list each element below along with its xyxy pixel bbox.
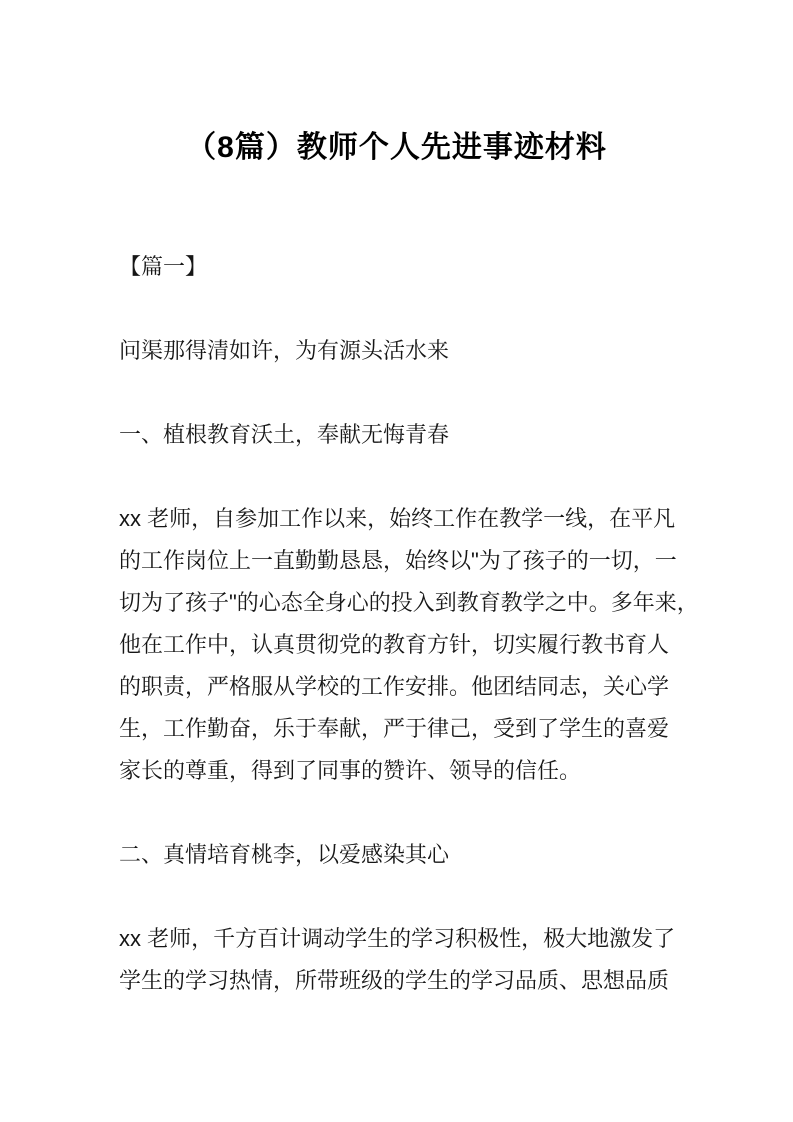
paragraph-1: xx 老师，自参加工作以来，始终工作在教学一线，在平凡的工作岗位上一直勤勤恳恳，… [119, 498, 693, 792]
paragraph-line: 生，工作勤奋，乐于奉献，严于律己，受到了学生的喜爱 [119, 708, 693, 750]
paragraph-line: 的职责，严格服从学校的工作安排。他团结同志，关心学 [119, 666, 693, 708]
paragraph-line: 家长的尊重，得到了同事的赞许、领导的信任。 [119, 750, 693, 792]
paragraph-line: 学生的学习热情，所带班级的学生的学习品质、思想品质 [119, 960, 693, 1002]
paragraph-line: xx 老师，自参加工作以来，始终工作在教学一线，在平凡 [119, 498, 693, 540]
document-page: （8篇）教师个人先进事迹材料 【篇一】 问渠那得清如许，为有源头活水来 一、植根… [0, 0, 793, 1122]
paragraph-line: xx 老师，千方百计调动学生的学习积极性，极大地激发了 [119, 918, 693, 960]
section-marker: 【篇一】 [119, 246, 693, 288]
paragraph-line: 的工作岗位上一直勤勤恳恳，始终以"为了孩子的一切，一 [119, 540, 693, 582]
section-heading-1: 一、植根教育沃土，奉献无悔青春 [119, 414, 693, 456]
paragraph-line: 切为了孩子"的心态全身心的投入到教育教学之中。多年来， [119, 582, 693, 624]
paragraph-2: xx 老师，千方百计调动学生的学习积极性，极大地激发了学生的学习热情，所带班级的… [119, 918, 693, 1002]
section-heading-2: 二、真情培育桃李，以爱感染其心 [119, 834, 693, 876]
motto-line: 问渠那得清如许，为有源头活水来 [119, 330, 693, 372]
document-title: （8篇）教师个人先进事迹材料 [60, 123, 733, 173]
paragraph-line: 他在工作中，认真贯彻党的教育方针，切实履行教书育人 [119, 624, 693, 666]
